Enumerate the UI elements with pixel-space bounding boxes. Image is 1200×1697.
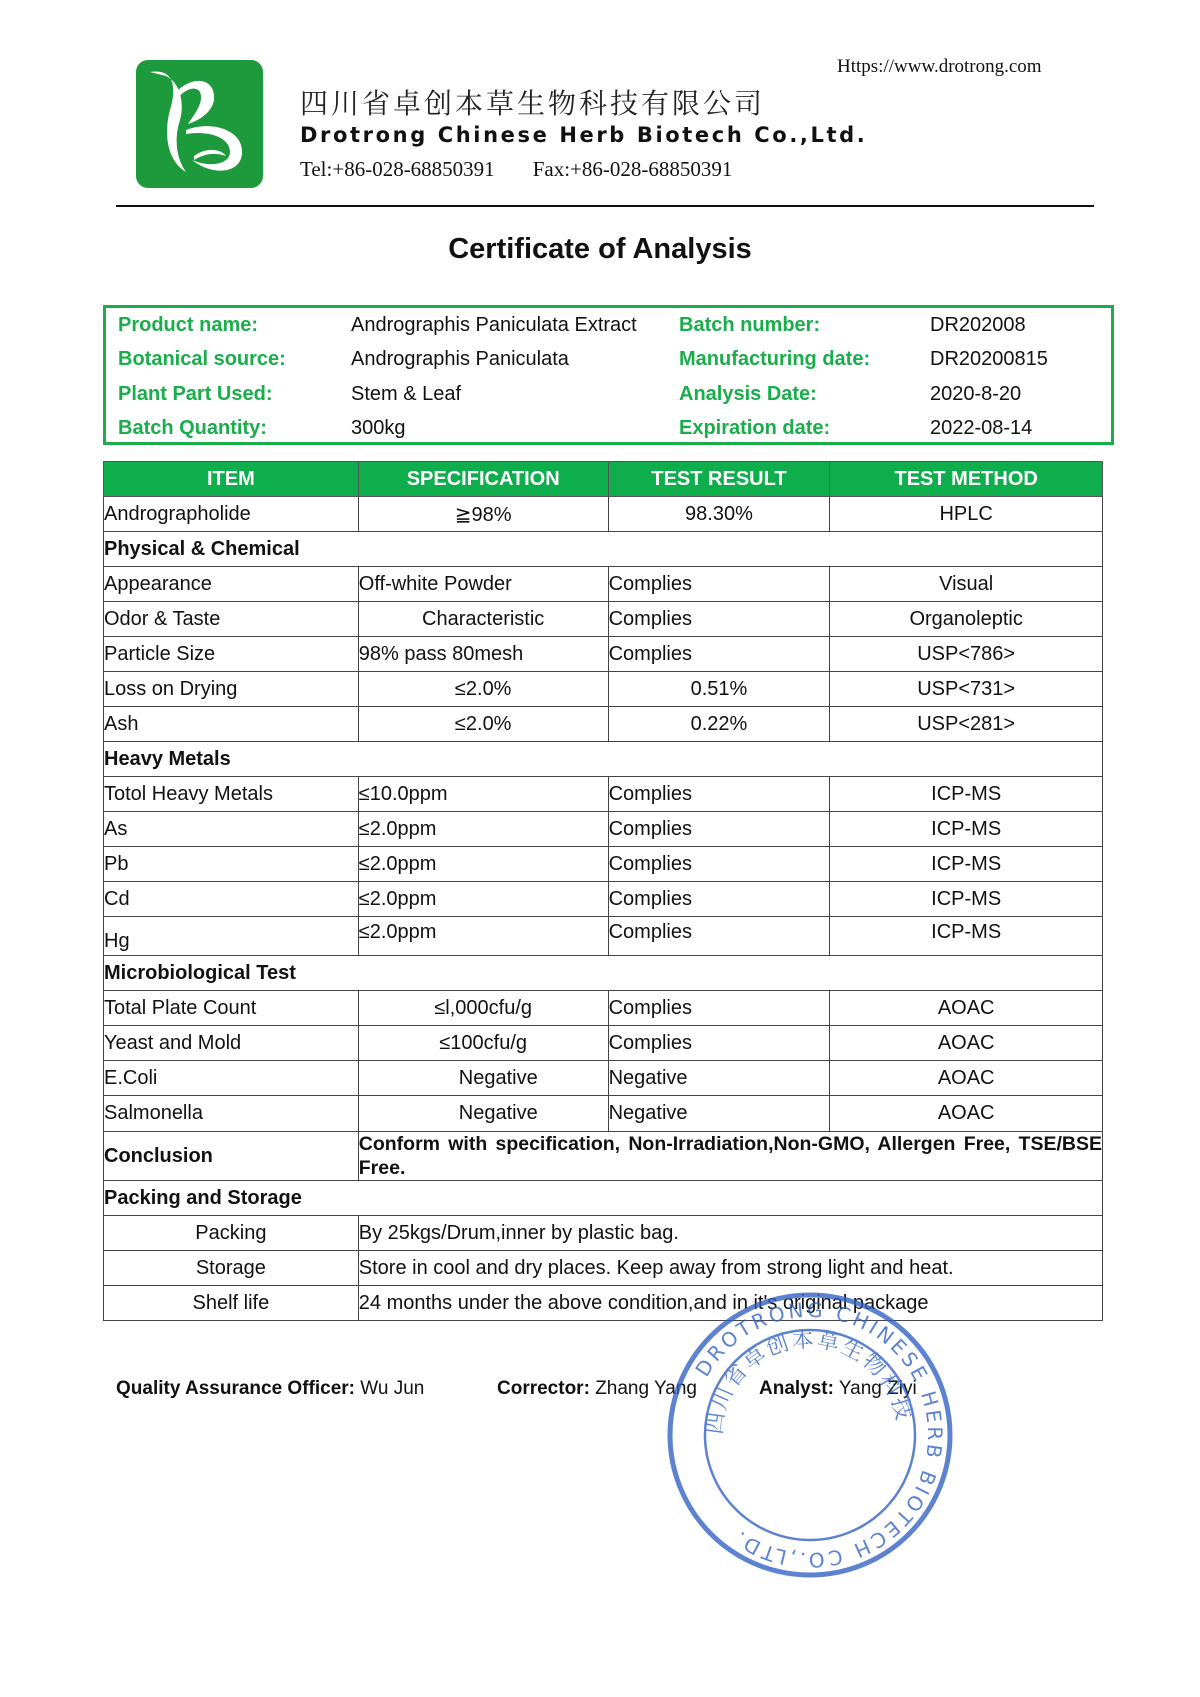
item-cell: Loss on Drying [104, 672, 359, 707]
table-row: Total Plate Count ≤l,000cfu/g Complies A… [104, 991, 1103, 1026]
table-row: Yeast and Mold ≤100cfu/g Complies AOAC [104, 1026, 1103, 1061]
header-divider [116, 205, 1094, 207]
batch-number-label: Batch number: [679, 314, 820, 337]
shelf-life-label: Shelf life [104, 1286, 359, 1321]
table-row: Pb ≤2.0ppm Complies ICP-MS [104, 847, 1103, 882]
contact-line: Tel:+86-028-68850391Fax:+86-028-68850391 [300, 157, 732, 182]
spec-cell: ≤2.0ppm [358, 882, 608, 917]
fax: Fax:+86-028-68850391 [533, 157, 733, 181]
info-row: Botanical source: Andrographis Paniculat… [106, 348, 1111, 382]
page-title: Certificate of Analysis [0, 233, 1200, 266]
signature-qa-officer: Quality Assurance Officer: Wu Jun [116, 1378, 424, 1400]
spec-cell: ≤2.0% [358, 707, 608, 742]
result-cell: 0.51% [608, 672, 830, 707]
spec-cell: ≤2.0% [358, 672, 608, 707]
leaf-b-logo-icon [136, 60, 263, 188]
table-row: Shelf life 24 months under the above con… [104, 1286, 1103, 1321]
spec-cell: Off-white Powder [358, 567, 608, 602]
method-cell: AOAC [830, 1026, 1103, 1061]
method-cell: Visual [830, 567, 1103, 602]
item-cell: Totol Heavy Metals [104, 777, 359, 812]
method-cell: HPLC [830, 497, 1103, 532]
product-name-value: Andrographis Paniculata Extract [351, 314, 637, 337]
spec-cell: 98% pass 80mesh [358, 637, 608, 672]
table-row: Appearance Off-white Powder Complies Vis… [104, 567, 1103, 602]
signature-label: Corrector: [497, 1378, 590, 1399]
analysis-date-value: 2020-8-20 [930, 383, 1021, 406]
signature-corrector: Corrector: Zhang Yang [497, 1378, 697, 1400]
item-cell: Cd [104, 882, 359, 917]
company-seal-icon: DROTRONG CHINESE HERB BIOTECH CO.,LTD. 四… [665, 1290, 955, 1580]
shelf-life-value: 24 months under the above condition,and … [358, 1286, 1102, 1321]
result-cell: Complies [608, 917, 830, 956]
batch-quantity-label: Batch Quantity: [118, 417, 267, 440]
table-row: Loss on Drying ≤2.0% 0.51% USP<731> [104, 672, 1103, 707]
expiration-date-label: Expiration date: [679, 417, 830, 440]
company-seal: DROTRONG CHINESE HERB BIOTECH CO.,LTD. 四… [665, 1290, 955, 1580]
table-row: Cd ≤2.0ppm Complies ICP-MS [104, 882, 1103, 917]
item-cell: Yeast and Mold [104, 1026, 359, 1061]
method-cell: USP<281> [830, 707, 1103, 742]
result-cell: Negative [608, 1061, 830, 1096]
signature-name: Zhang Yang [595, 1378, 697, 1399]
table-row: Hg ≤2.0ppm Complies ICP-MS [104, 917, 1103, 956]
column-header-specification: SPECIFICATION [358, 462, 608, 497]
item-cell: Ash [104, 707, 359, 742]
table-row: Storage Store in cool and dry places. Ke… [104, 1251, 1103, 1286]
website-url[interactable]: Https://www.drotrong.com [837, 56, 1042, 78]
column-header-test-method: TEST METHOD [830, 462, 1103, 497]
svg-text:DROTRONG CHINESE HERB BIOTECH: DROTRONG CHINESE HERB BIOTECH CO.,LTD. [690, 1298, 947, 1573]
manufacturing-date-label: Manufacturing date: [679, 348, 870, 371]
packing-label: Packing [104, 1216, 359, 1251]
result-cell: Complies [608, 602, 830, 637]
method-cell: AOAC [830, 991, 1103, 1026]
table-row: Ash ≤2.0% 0.22% USP<281> [104, 707, 1103, 742]
column-header-test-result: TEST RESULT [608, 462, 830, 497]
table-row: Andrographolide ≧98% 98.30% HPLC [104, 497, 1103, 532]
item-cell: Salmonella [104, 1096, 359, 1132]
company-name-chinese: 四川省卓创本草生物科技有限公司 [300, 82, 765, 122]
item-cell: Hg [104, 917, 359, 956]
section-row: Heavy Metals [104, 742, 1103, 777]
method-cell: USP<731> [830, 672, 1103, 707]
table-row: E.Coli Negative Negative AOAC [104, 1061, 1103, 1096]
method-cell: ICP-MS [830, 882, 1103, 917]
spec-cell: ≤2.0ppm [358, 812, 608, 847]
result-cell: Complies [608, 777, 830, 812]
product-name-label: Product name: [118, 314, 258, 337]
result-cell: 98.30% [608, 497, 830, 532]
company-name-english: Drotrong Chinese Herb Biotech Co.,Ltd. [300, 123, 867, 147]
method-cell: ICP-MS [830, 847, 1103, 882]
signature-label: Analyst: [759, 1378, 834, 1399]
signature-name: Wu Jun [360, 1378, 424, 1399]
item-cell: Appearance [104, 567, 359, 602]
result-cell: 0.22% [608, 707, 830, 742]
spec-cell: ≧98% [358, 497, 608, 532]
column-header-item: ITEM [104, 462, 359, 497]
spec-cell: ≤2.0ppm [358, 847, 608, 882]
telephone: Tel:+86-028-68850391 [300, 157, 495, 181]
batch-number-value: DR202008 [930, 314, 1026, 337]
section-microbiological: Microbiological Test [104, 956, 1103, 991]
result-cell: Negative [608, 1096, 830, 1132]
method-cell: USP<786> [830, 637, 1103, 672]
spec-cell: Negative [358, 1061, 608, 1096]
method-cell: Organoleptic [830, 602, 1103, 637]
manufacturing-date-value: DR20200815 [930, 348, 1048, 371]
table-row: Totol Heavy Metals ≤10.0ppm Complies ICP… [104, 777, 1103, 812]
storage-value: Store in cool and dry places. Keep away … [358, 1251, 1102, 1286]
item-cell: As [104, 812, 359, 847]
section-row: Physical & Chemical [104, 532, 1103, 567]
analysis-table: ITEM SPECIFICATION TEST RESULT TEST METH… [103, 461, 1103, 1321]
seal-outer-text: DROTRONG CHINESE HERB BIOTECH CO.,LTD. [690, 1298, 947, 1573]
spec-cell: ≤10.0ppm [358, 777, 608, 812]
table-header: ITEM SPECIFICATION TEST RESULT TEST METH… [104, 462, 1103, 497]
conclusion-text: Conform with specification, Non-Irradiat… [358, 1132, 1102, 1181]
info-row: Batch Quantity: 300kg Expiration date: 2… [106, 417, 1111, 451]
conclusion-row: Conclusion Conform with specification, N… [104, 1132, 1103, 1181]
result-cell: Complies [608, 847, 830, 882]
packing-value: By 25kgs/Drum,inner by plastic bag. [358, 1216, 1102, 1251]
result-cell: Complies [608, 567, 830, 602]
section-packing-storage: Packing and Storage [104, 1181, 1103, 1216]
result-cell: Complies [608, 637, 830, 672]
botanical-source-label: Botanical source: [118, 348, 286, 371]
item-cell: Andrographolide [104, 497, 359, 532]
table-row: Packing By 25kgs/Drum,inner by plastic b… [104, 1216, 1103, 1251]
method-cell: ICP-MS [830, 812, 1103, 847]
signature-name: Yang Ziyi [839, 1378, 917, 1399]
method-cell: ICP-MS [830, 777, 1103, 812]
spec-cell: ≤l,000cfu/g [358, 991, 608, 1026]
spec-cell: ≤2.0ppm [358, 917, 608, 956]
table-row: Salmonella Negative Negative AOAC [104, 1096, 1103, 1132]
item-cell: Particle Size [104, 637, 359, 672]
signature-analyst: Analyst: Yang Ziyi [759, 1378, 917, 1400]
result-cell: Complies [608, 991, 830, 1026]
section-row: Microbiological Test [104, 956, 1103, 991]
plant-part-value: Stem & Leaf [351, 383, 461, 406]
spec-cell: Negative [358, 1096, 608, 1132]
spec-cell: ≤100cfu/g [358, 1026, 608, 1061]
info-row: Plant Part Used: Stem & Leaf Analysis Da… [106, 383, 1111, 417]
section-physical-chemical: Physical & Chemical [104, 532, 1103, 567]
item-cell: Pb [104, 847, 359, 882]
item-cell: Odor & Taste [104, 602, 359, 637]
result-cell: Complies [608, 812, 830, 847]
company-logo [136, 60, 263, 188]
expiration-date-value: 2022-08-14 [930, 417, 1032, 440]
info-row: Product name: Andrographis Paniculata Ex… [106, 314, 1111, 348]
method-cell: ICP-MS [830, 917, 1103, 956]
table-row: Particle Size 98% pass 80mesh Complies U… [104, 637, 1103, 672]
plant-part-label: Plant Part Used: [118, 383, 272, 406]
spec-cell: Characteristic [358, 602, 608, 637]
botanical-source-value: Andrographis Paniculata [351, 348, 569, 371]
storage-label: Storage [104, 1251, 359, 1286]
item-cell: E.Coli [104, 1061, 359, 1096]
result-cell: Complies [608, 882, 830, 917]
item-cell: Total Plate Count [104, 991, 359, 1026]
method-cell: AOAC [830, 1096, 1103, 1132]
analysis-date-label: Analysis Date: [679, 383, 817, 406]
table-row: Odor & Taste Characteristic Complies Org… [104, 602, 1103, 637]
section-row: Packing and Storage [104, 1181, 1103, 1216]
section-heavy-metals: Heavy Metals [104, 742, 1103, 777]
batch-quantity-value: 300kg [351, 417, 406, 440]
method-cell: AOAC [830, 1061, 1103, 1096]
product-info-box: Product name: Andrographis Paniculata Ex… [103, 305, 1114, 445]
conclusion-label: Conclusion [104, 1132, 359, 1181]
table-row: As ≤2.0ppm Complies ICP-MS [104, 812, 1103, 847]
signature-label: Quality Assurance Officer: [116, 1378, 355, 1399]
result-cell: Complies [608, 1026, 830, 1061]
